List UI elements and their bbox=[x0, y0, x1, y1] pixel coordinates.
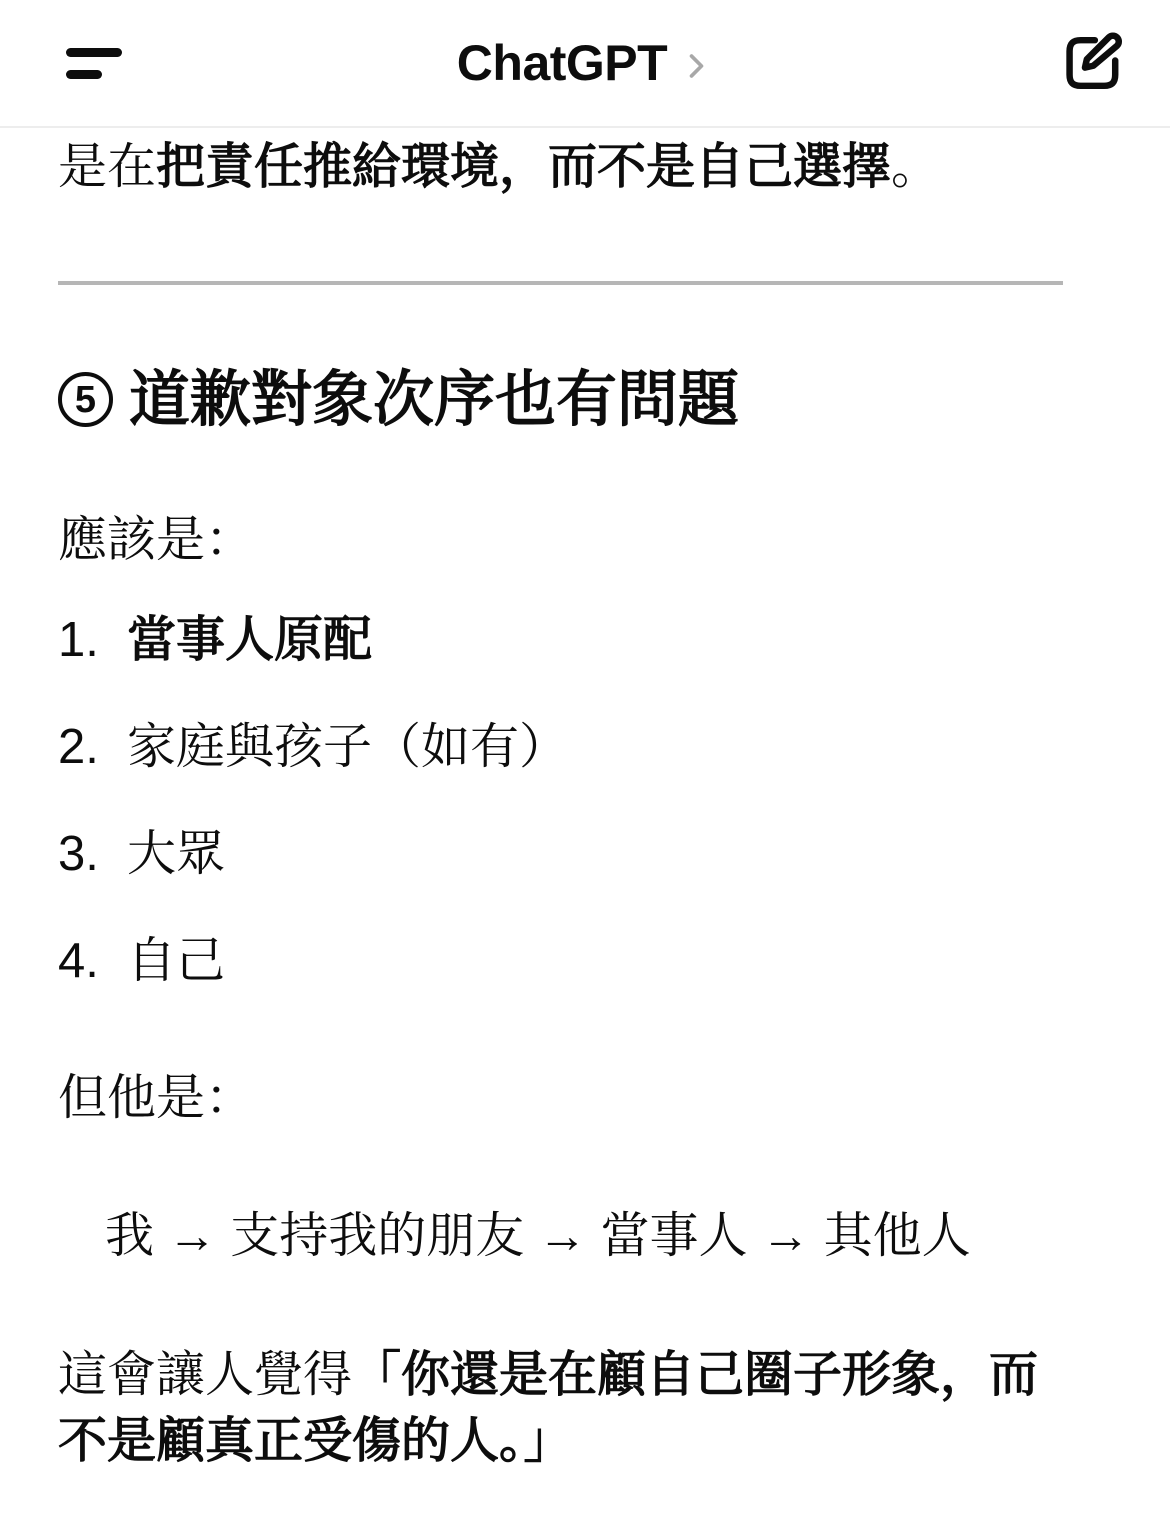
list-item-number: 1. bbox=[58, 607, 127, 673]
list-item: 1. 當事人原配 bbox=[58, 607, 1063, 673]
new-chat-button[interactable] bbox=[1056, 26, 1130, 100]
list-item: 3. 大眾 bbox=[58, 821, 1063, 887]
p1-pre: 是在 bbox=[58, 140, 156, 194]
sidebar-menu-button[interactable] bbox=[62, 42, 126, 85]
but-label: 但他是： bbox=[58, 1065, 1063, 1131]
menu-icon-bar-top bbox=[66, 48, 122, 57]
app-title: ChatGPT bbox=[457, 34, 667, 92]
list-item-number: 3. bbox=[58, 821, 127, 887]
list-item: 2. 家庭與孩子（如有） bbox=[58, 714, 1063, 780]
closing-pre: 這會讓人覺得 bbox=[58, 1348, 352, 1402]
list-item-number: 2. bbox=[58, 714, 127, 780]
circled-number-5-icon: 5 bbox=[58, 372, 113, 427]
section-heading: 5 道歉對象次序也有問題 bbox=[58, 363, 1063, 436]
section-heading-text: 道歉對象次序也有問題 bbox=[129, 363, 739, 436]
closing-paragraph: 這會讓人覺得「你還是在顧自己圈子形象，而不是顧真正受傷的人。」 bbox=[58, 1342, 1063, 1474]
list-item-text: 當事人原配 bbox=[127, 607, 372, 673]
assistant-message: 是在把責任推給環境，而不是自己選擇。 5 道歉對象次序也有問題 應該是： 1. … bbox=[0, 128, 1170, 1474]
chevron-right-icon bbox=[679, 49, 713, 83]
apology-sequence-line: 我 → 支持我的朋友 → 當事人 → 其他人 bbox=[58, 1203, 1063, 1269]
list-item-text: 大眾 bbox=[127, 821, 225, 887]
list-item-number: 4. bbox=[58, 928, 127, 994]
p1-bold: 把責任推給環境，而不是自己選擇 bbox=[156, 140, 891, 194]
menu-icon-bar-bottom bbox=[66, 70, 102, 79]
paragraph-responsibility: 是在把責任推給環境，而不是自己選擇。 bbox=[58, 134, 1063, 200]
new-chat-compose-icon bbox=[1056, 26, 1130, 100]
apology-order-list: 1. 當事人原配 2. 家庭與孩子（如有） 3. 大眾 4. 自己 bbox=[58, 607, 1063, 994]
lead-label: 應該是： bbox=[58, 507, 1063, 573]
list-item-text: 自己 bbox=[127, 928, 225, 994]
list-item: 4. 自己 bbox=[58, 928, 1063, 994]
p1-post: 。 bbox=[891, 140, 940, 194]
model-title-button[interactable]: ChatGPT bbox=[457, 34, 713, 92]
section-divider bbox=[58, 281, 1063, 285]
app-header: ChatGPT bbox=[0, 0, 1170, 128]
list-item-text: 家庭與孩子（如有） bbox=[127, 714, 568, 780]
